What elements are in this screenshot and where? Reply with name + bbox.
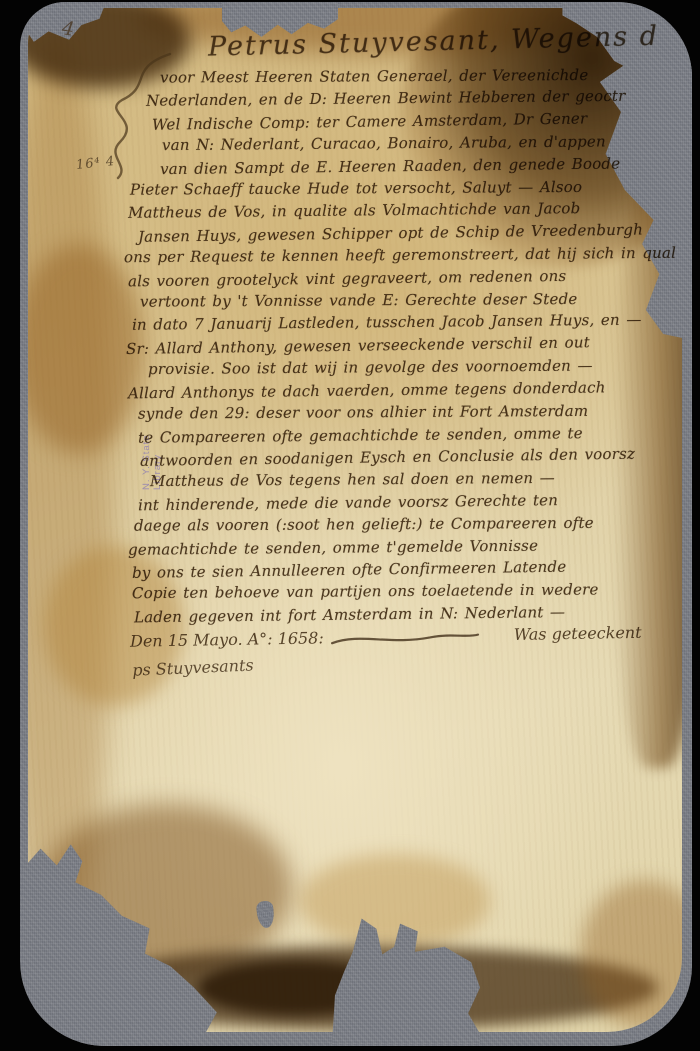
manuscript-photo: 4 16⁴ 4 N. Y. State Library Petrus Stuyv… — [0, 0, 700, 1051]
pen-flourish — [330, 628, 480, 647]
date-line: Den 15 Mayo. A°: 1658: — [130, 628, 324, 650]
manuscript-text: Petrus Stuyvesant, Wegens d voor Meest H… — [122, 26, 670, 668]
body-lines: voor Meest Heeren Staten Generael, der V… — [122, 65, 670, 625]
title-line: Petrus Stuyvesant, Wegens d — [208, 20, 671, 62]
